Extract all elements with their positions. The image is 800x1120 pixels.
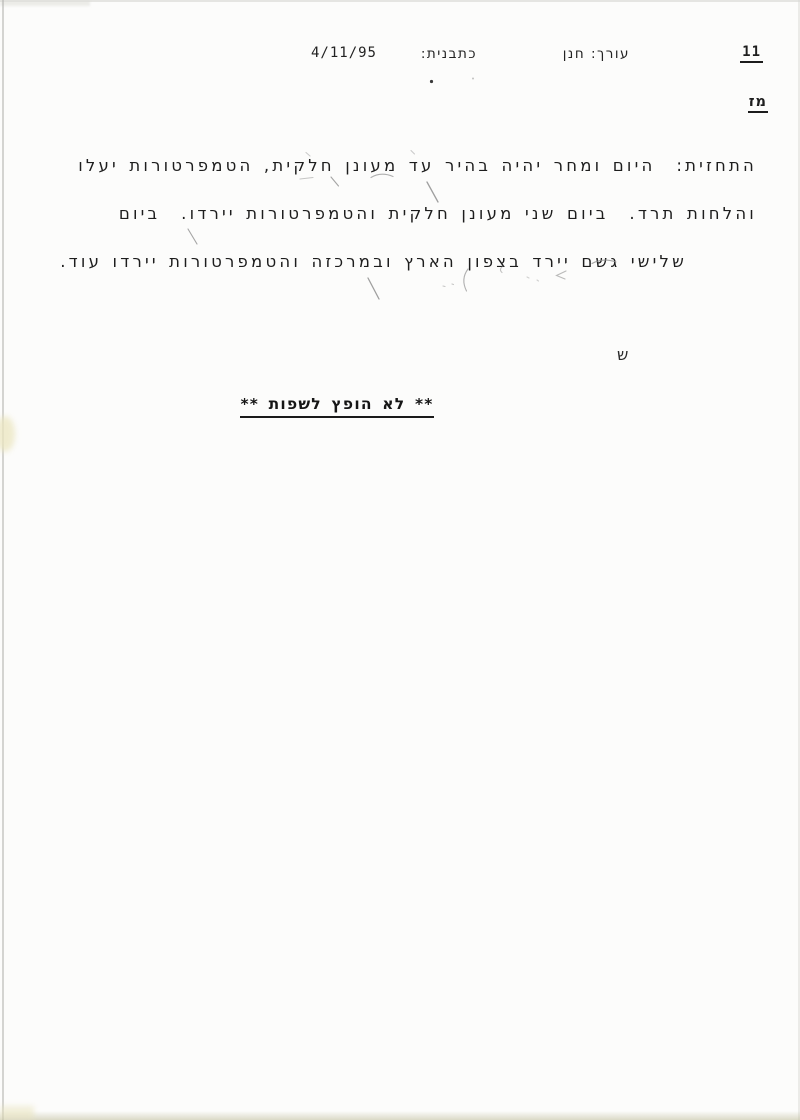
page-number: 11	[740, 44, 763, 63]
scan-edge-top	[0, 0, 800, 2]
margin-letter: ש	[617, 345, 628, 364]
document-date: 4/11/95	[311, 45, 377, 61]
scan-edge-left	[2, 0, 4, 1120]
typist-label: כתבנית:	[421, 46, 477, 62]
scan-edge-bottom	[0, 1111, 800, 1120]
forecast-line: התחזית: היום ומחר יהיה בהיר עד מעונן חלק…	[78, 156, 757, 175]
scanned-document-page: 11 עורך: חנן כתבנית: 4/11/95 מז התחזית: …	[0, 0, 800, 1120]
forecast-line: שלישי גשם יירד בצפון הארץ ובמרכזה והטמפר…	[60, 252, 687, 271]
pen-stroke	[411, 151, 415, 155]
stray-ink-dot	[430, 80, 433, 83]
section-code: מז	[748, 94, 768, 113]
distribution-stamp: ** לא הופץ לשפות **	[240, 395, 434, 418]
pen-stroke	[537, 280, 539, 281]
scan-smudge-bottom-left	[0, 1106, 34, 1120]
pen-stroke	[427, 182, 438, 202]
pen-stroke	[188, 229, 197, 244]
stray-ink-dot	[472, 78, 474, 80]
pen-stroke	[443, 286, 445, 287]
editor-credit: עורך: חנן	[563, 46, 630, 62]
scan-corner-smudge	[0, 0, 90, 6]
pen-stroke	[464, 269, 468, 291]
pen-stroke	[331, 177, 339, 186]
pen-stroke	[368, 278, 379, 299]
pen-stroke	[557, 271, 567, 279]
forecast-line: והלחות תרד. ביום שני מעונן חלקית והטמפרט…	[119, 204, 757, 223]
pen-stroke	[527, 277, 529, 278]
scan-smudge-left	[0, 416, 15, 452]
pen-stroke	[300, 178, 313, 180]
pen-stroke	[452, 284, 454, 285]
